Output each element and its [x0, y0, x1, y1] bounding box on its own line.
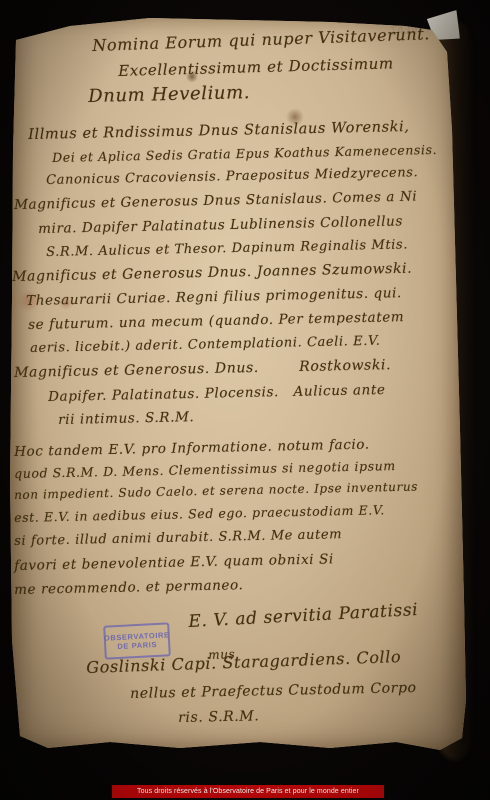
observatoire-de-paris-stamp: OBSERVATOIRE DE PARIS [103, 622, 171, 659]
manuscript-line: est. E.V. in aedibus eius. Sed ego. prae… [14, 502, 385, 525]
copyright-text: Tous droits réservés à l'Observatoire de… [137, 788, 359, 795]
copyright-banner: Tous droits réservés à l'Observatoire de… [112, 785, 384, 798]
manuscript-line: quod S.R.M. D. Mens. Clementissimus si n… [14, 458, 396, 481]
manuscript-line: Dei et Aplica Sedis Gratia Epus Koathus … [52, 142, 437, 165]
closing-line: E. V. ad servitia Paratissi [188, 600, 419, 632]
manuscript-line: Dapifer. Palatinatus. Plocensis. Aulicus… [48, 382, 386, 405]
manuscript-heading-line: Excellentissimum et Doctissimum [118, 54, 394, 80]
manuscript-line: Magnificus et Generosus Dnus. Joannes Sz… [12, 261, 412, 285]
signature-line: ris. S.R.M. [178, 708, 260, 726]
manuscript-page: 1838 1439 Nomina Eorum qui nuper Visitav… [0, 0, 478, 768]
manuscript-line: si forte. illud animi durabit. S.R.M. Me… [14, 527, 342, 549]
signature-line: nellus et Praefectus Custodum Corpo [130, 680, 417, 702]
manuscript-line: me recommendo. et permaneo. [14, 577, 244, 598]
scanned-manuscript-photo: 1838 1439 Nomina Eorum qui nuper Visitav… [0, 0, 490, 800]
manuscript-line: Thesaurarii Curiae. Regni filius primoge… [26, 285, 402, 309]
manuscript-line: aeris. licebit.) aderit. Contemplationi.… [30, 334, 381, 356]
manuscript-line: S.R.M. Aulicus et Thesor. Dapinum Regina… [46, 237, 408, 260]
manuscript-line: Magnificus et Generosus. Dnus. Rostkowsk… [14, 357, 391, 381]
stamp-line2: DE PARIS [117, 640, 157, 651]
manuscript-line: Canonicus Cracoviensis. Praepositus Mied… [46, 165, 418, 188]
manuscript-line: favori et benevolentiae E.V. quam obnixi… [14, 551, 334, 574]
manuscript-line: Magnificus et Generosus Dnus Stanislaus.… [14, 189, 417, 213]
manuscript-line: Hoc tandem E.V. pro Informatione. notum … [14, 437, 370, 460]
folio-number-top-left: 1838 [23, 13, 56, 32]
manuscript-line: se futurum. una mecum (quando. Per tempe… [28, 309, 404, 333]
manuscript-line: Illmus et Rndissimus Dnus Stanislaus Wor… [28, 119, 410, 143]
manuscript-line: non impedient. Sudo Caelo. et serena noc… [14, 480, 418, 502]
manuscript-line: rii intimus. S.R.M. [58, 409, 194, 428]
manuscript-heading-line: Nomina Eorum qui nuper Visitaverunt. [92, 24, 430, 55]
manuscript-line: mira. Dapifer Palatinatus Lublinensis Co… [38, 213, 403, 237]
manuscript-heading-line: Dnum Hevelium. [88, 82, 250, 107]
